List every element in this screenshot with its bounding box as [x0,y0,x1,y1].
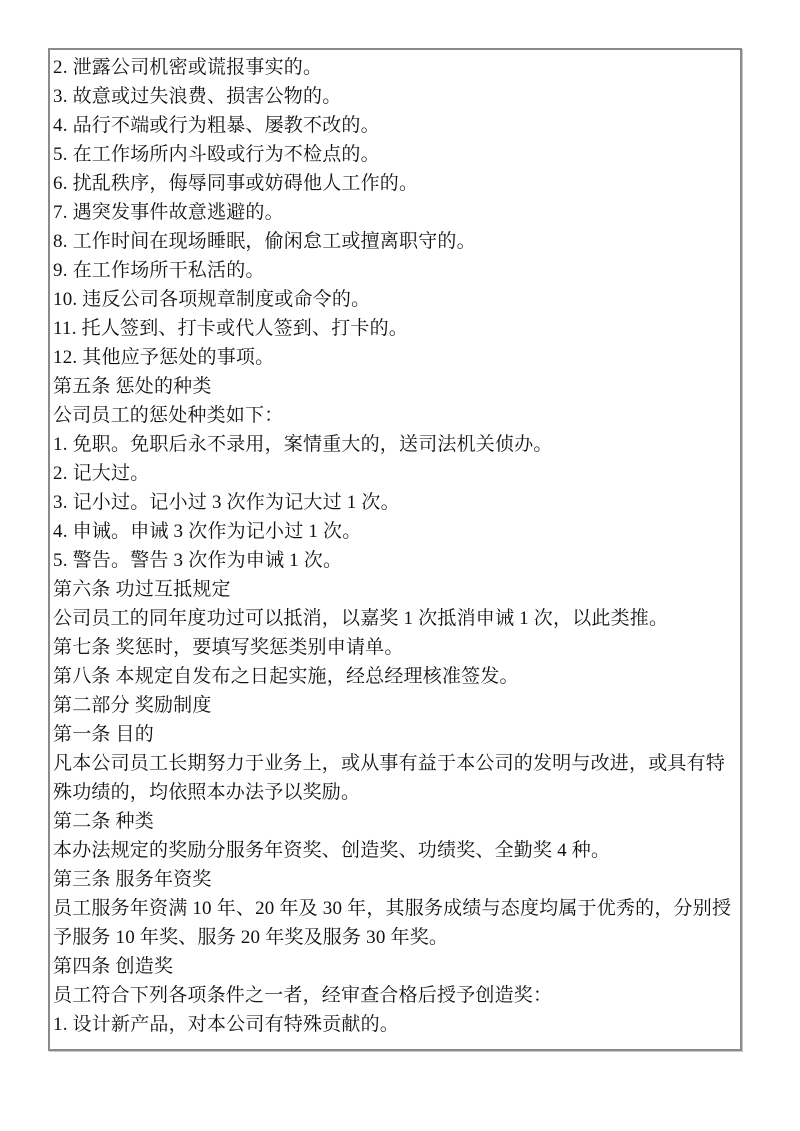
paragraph-line: 9. 在工作场所干私活的。 [53,256,738,285]
paragraph-line: 11. 托人签到、打卡或代人签到、打卡的。 [53,314,738,343]
paragraph-line: 第二部分 奖励制度 [53,691,738,720]
paragraph-line: 3. 故意或过失浪费、损害公物的。 [53,82,738,111]
paragraph-line: 第二条 种类 [53,807,738,836]
paragraph-line: 2. 记大过。 [53,459,738,488]
paragraph-line: 5. 在工作场所内斗殴或行为不检点的。 [53,140,738,169]
paragraph-line: 1. 免职。免职后永不录用，案情重大的，送司法机关侦办。 [53,430,738,459]
paragraph-line: 凡本公司员工长期努力于业务上，或从事有益于本公司的发明与改进，或具有特殊功绩的，… [53,749,738,807]
paragraph-line: 4. 品行不端或行为粗暴、屡教不改的。 [53,111,738,140]
paragraph-line: 1. 设计新产品，对本公司有特殊贡献的。 [53,1010,738,1039]
paragraph-line: 8. 工作时间在现场睡眠，偷闲怠工或擅离职守的。 [53,227,738,256]
paragraph-line: 员工符合下列各项条件之一者，经审查合格后授予创造奖： [53,981,738,1010]
paragraph-line: 公司员工的惩处种类如下： [53,401,738,430]
paragraph-line: 6. 扰乱秩序，侮辱同事或妨碍他人工作的。 [53,169,738,198]
paragraph-list: 2. 泄露公司机密或谎报事实的。3. 故意或过失浪费、损害公物的。4. 品行不端… [53,53,738,1039]
paragraph-line: 3. 记小过。记小过 3 次作为记大过 1 次。 [53,488,738,517]
paragraph-line: 本办法规定的奖励分服务年资奖、创造奖、功绩奖、全勤奖 4 种。 [53,836,738,865]
paragraph-line: 第一条 目的 [53,720,738,749]
paragraph-line: 10. 违反公司各项规章制度或命令的。 [53,285,738,314]
paragraph-line: 第五条 惩处的种类 [53,372,738,401]
paragraph-line: 5. 警告。警告 3 次作为申诫 1 次。 [53,546,738,575]
paragraph-line: 第六条 功过互抵规定 [53,575,738,604]
paragraph-line: 第三条 服务年资奖 [53,865,738,894]
paragraph-line: 员工服务年资满 10 年、20 年及 30 年，其服务成绩与态度均属于优秀的，分… [53,894,738,952]
paragraph-line: 4. 申诫。申诫 3 次作为记小过 1 次。 [53,517,738,546]
regulations-document-table: 2. 泄露公司机密或谎报事实的。3. 故意或过失浪费、损害公物的。4. 品行不端… [48,48,742,1051]
paragraph-line: 7. 遇突发事件故意逃避的。 [53,198,738,227]
paragraph-line: 12. 其他应予惩处的事项。 [53,343,738,372]
paragraph-line: 2. 泄露公司机密或谎报事实的。 [53,53,738,82]
paragraph-line: 第七条 奖惩时，要填写奖惩类别申请单。 [53,633,738,662]
paragraph-line: 第八条 本规定自发布之日起实施，经总经理核准签发。 [53,662,738,691]
paragraph-line: 第四条 创造奖 [53,952,738,981]
paragraph-line: 公司员工的同年度功过可以抵消，以嘉奖 1 次抵消申诫 1 次，以此类推。 [53,604,738,633]
